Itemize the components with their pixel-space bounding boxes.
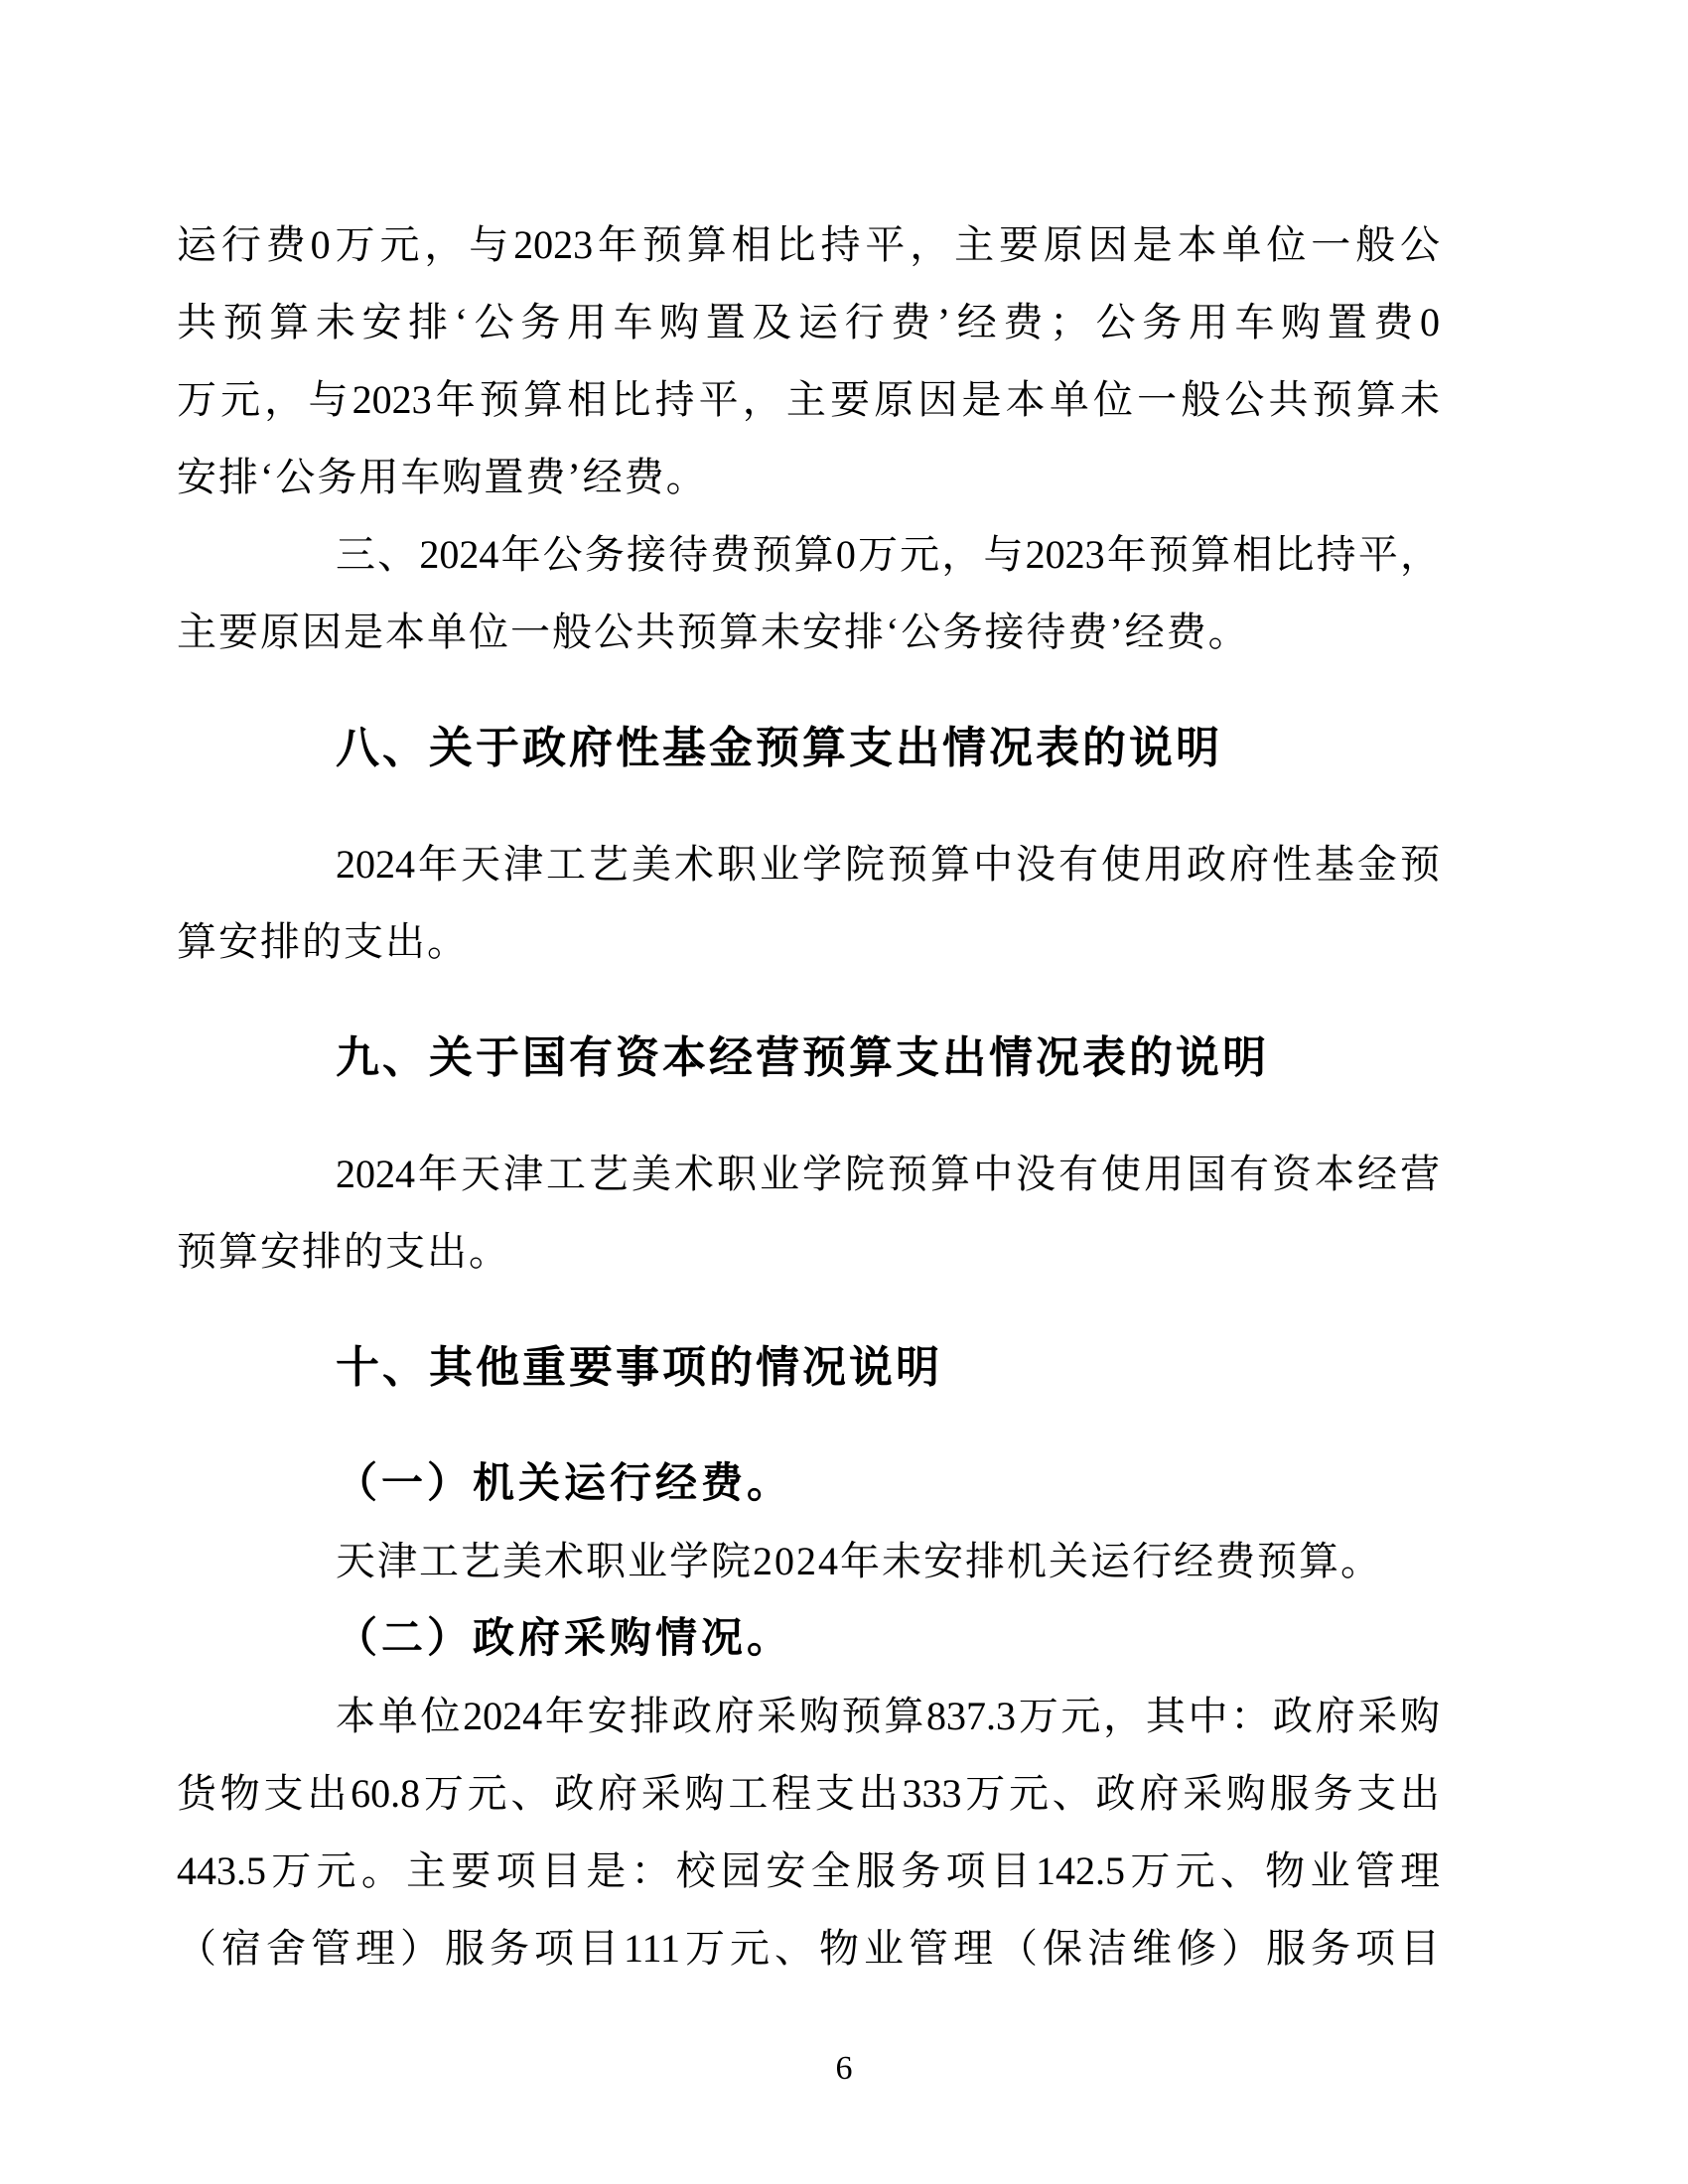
body-line: 2024年天津工艺美术职业学院预算中没有使用国有资本经营 xyxy=(177,1136,1440,1213)
body-line: 预算安排的支出。 xyxy=(177,1213,1440,1291)
body-line: 万元，与2023年预算相比持平，主要原因是本单位一般公共预算未 xyxy=(177,361,1440,439)
body-line: 本单位2024年安排政府采购预算837.3万元，其中：政府采购 xyxy=(177,1678,1440,1755)
body-line: 主要原因是本单位一般公共预算未安排‘公务接待费’经费。 xyxy=(177,594,1440,671)
subsection-heading-1: （一）机关运行经费。 xyxy=(177,1445,1440,1523)
document-body: 运行费0万元，与2023年预算相比持平，主要原因是本单位一般公 共预算未安排‘公… xyxy=(177,206,1440,1987)
body-line: 三、2024年公务接待费预算0万元，与2023年预算相比持平， xyxy=(177,516,1440,594)
body-line: 天津工艺美术职业学院2024年未安排机关运行经费预算。 xyxy=(177,1523,1440,1600)
section-heading-10: 十、其他重要事项的情况说明 xyxy=(177,1329,1440,1407)
document-page: 运行费0万元，与2023年预算相比持平，主要原因是本单位一般公 共预算未安排‘公… xyxy=(0,0,1688,2184)
page-number: 6 xyxy=(0,2047,1688,2091)
body-line: 443.5万元。主要项目是：校园安全服务项目142.5万元、物业管理 xyxy=(177,1833,1440,1910)
subsection-heading-2: （二）政府采购情况。 xyxy=(177,1600,1440,1678)
body-line: 2024年天津工艺美术职业学院预算中没有使用政府性基金预 xyxy=(177,826,1440,903)
body-line: 共预算未安排‘公务用车购置及运行费’经费；公务用车购置费0 xyxy=(177,284,1440,361)
body-line: （宿舍管理）服务项目111万元、物业管理（保洁维修）服务项目 xyxy=(177,1910,1440,1987)
body-line: 运行费0万元，与2023年预算相比持平，主要原因是本单位一般公 xyxy=(177,206,1440,284)
body-line: 算安排的支出。 xyxy=(177,903,1440,981)
body-line: 货物支出60.8万元、政府采购工程支出333万元、政府采购服务支出 xyxy=(177,1755,1440,1833)
section-heading-8: 八、关于政府性基金预算支出情况表的说明 xyxy=(177,710,1440,787)
body-line: 安排‘公务用车购置费’经费。 xyxy=(177,439,1440,516)
section-heading-9: 九、关于国有资本经营预算支出情况表的说明 xyxy=(177,1020,1440,1097)
